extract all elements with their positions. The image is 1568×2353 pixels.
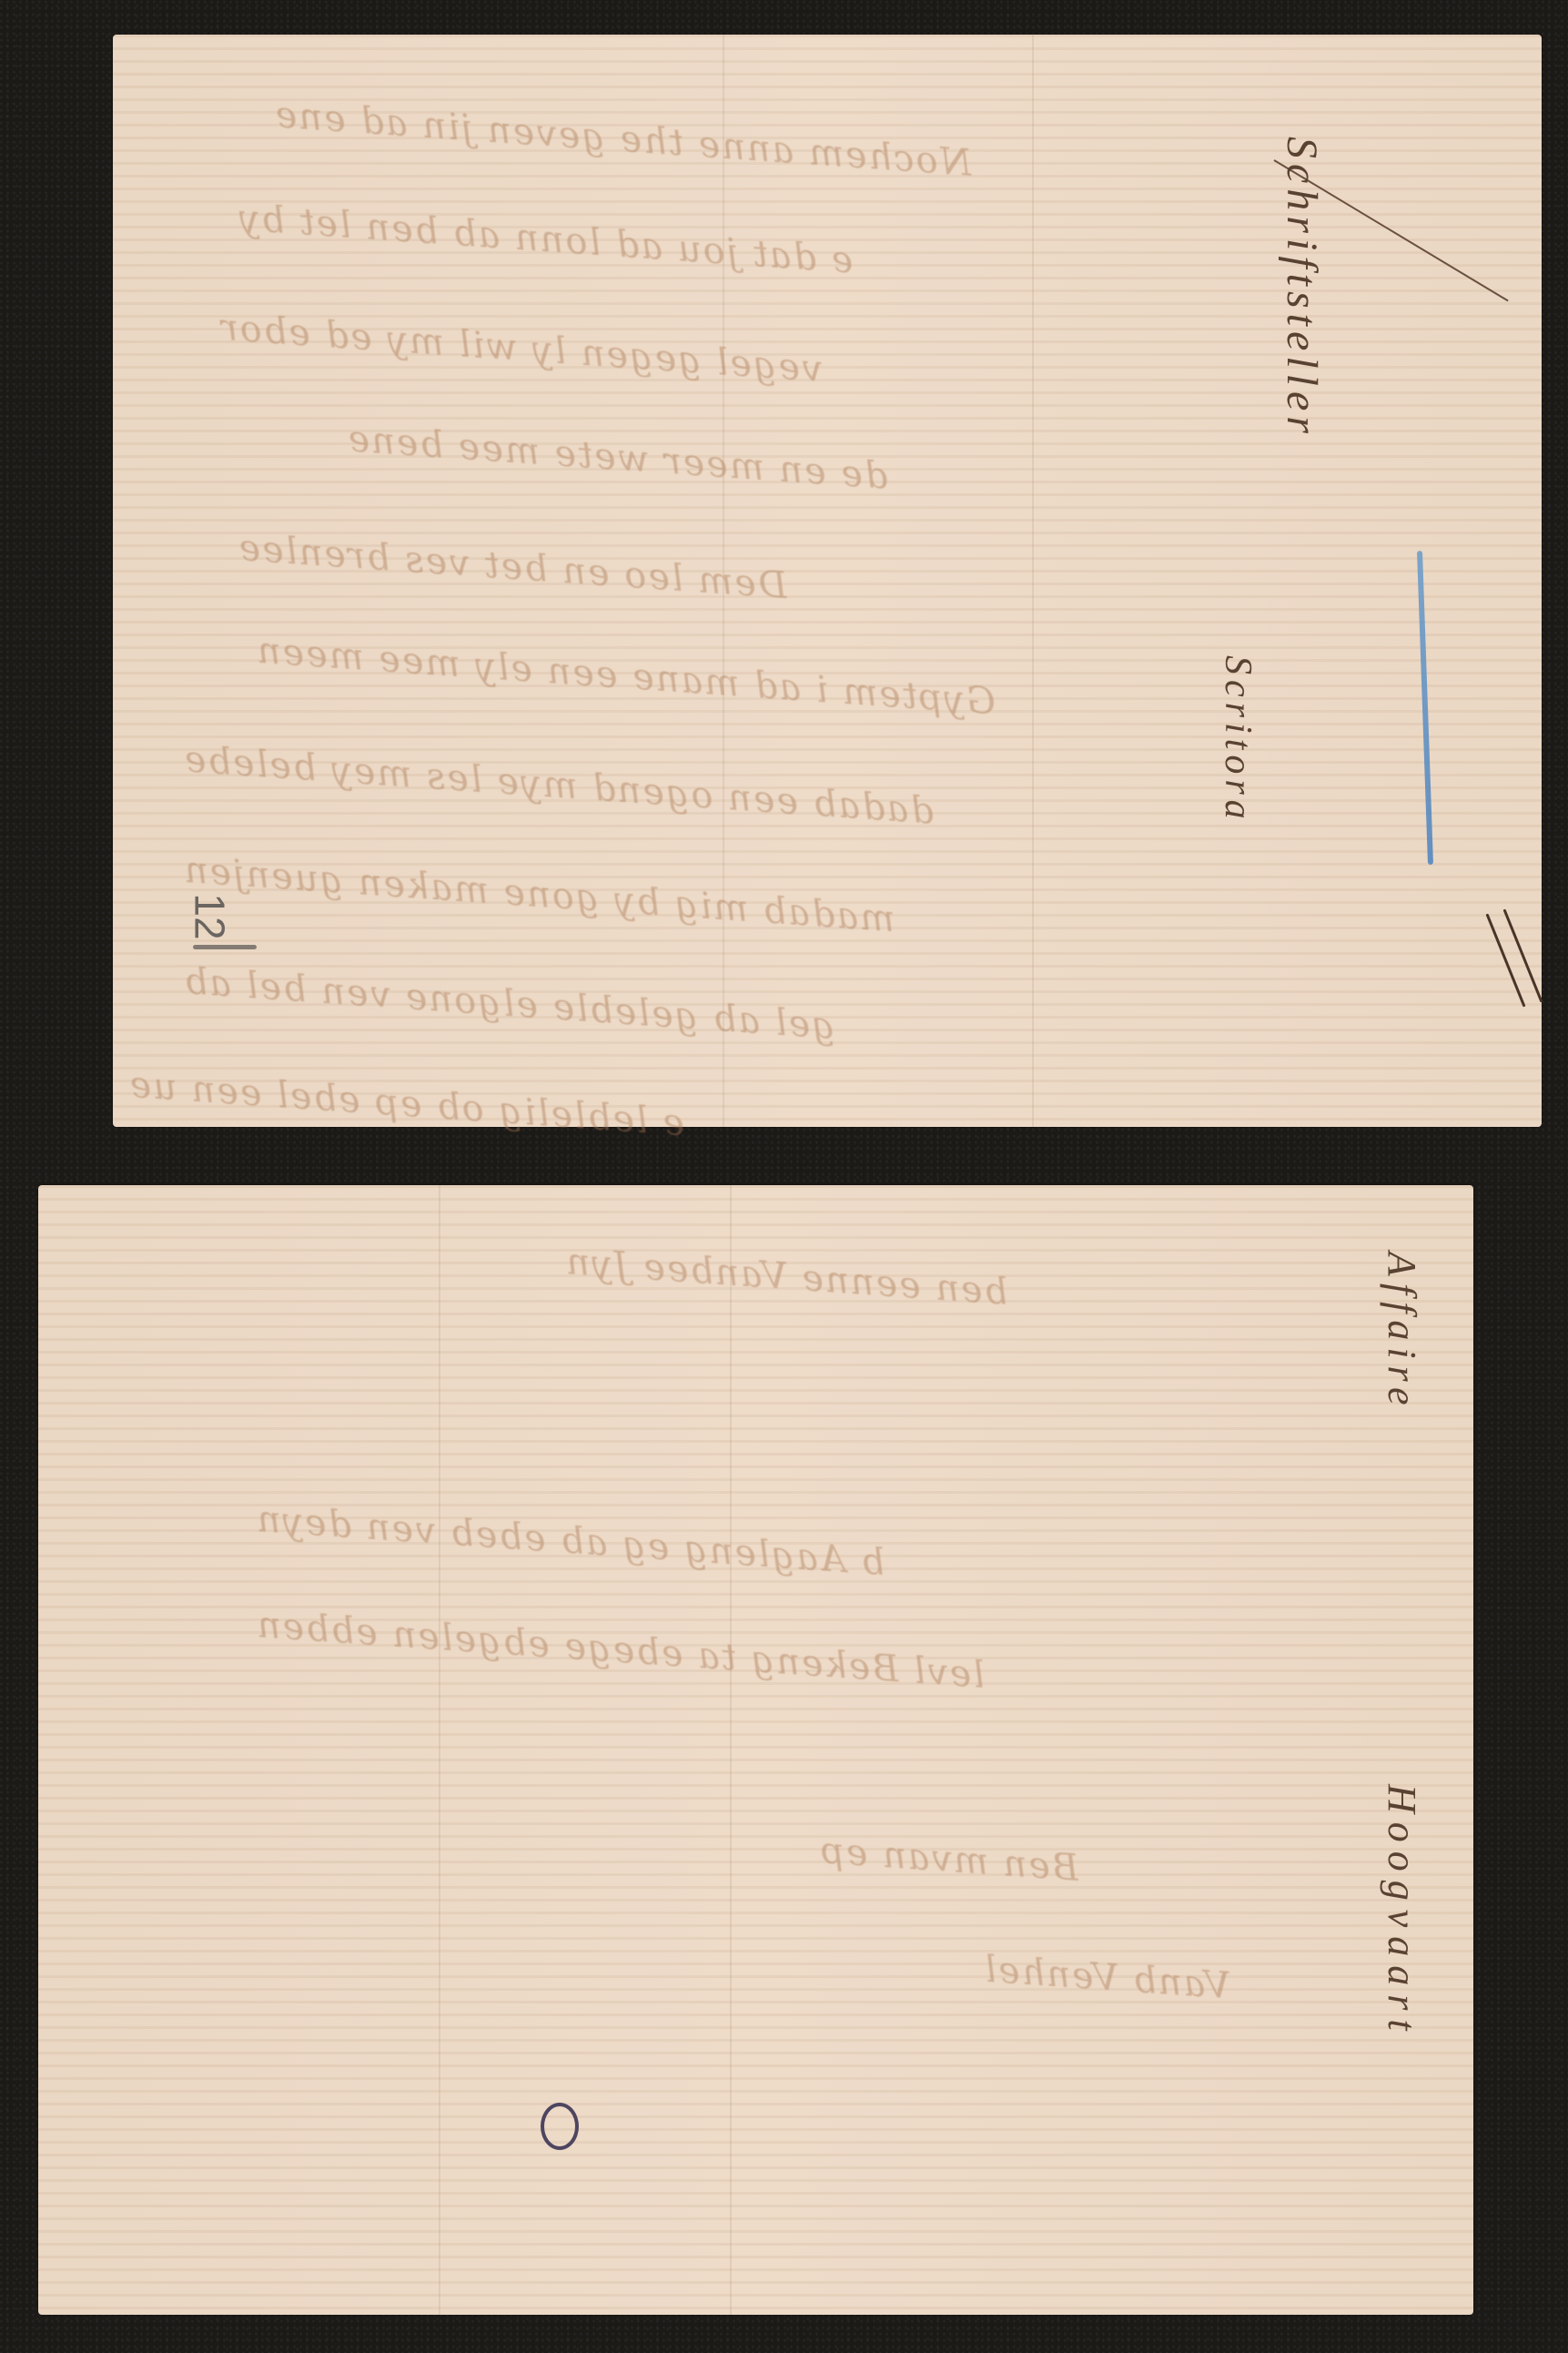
circle-ink-mark — [541, 2103, 579, 2150]
bottom-letter-sheet — [38, 1185, 1473, 2315]
vertical-annotation-scritora: Scritora — [1216, 655, 1259, 825]
pencil-folio-number: 12 — [186, 893, 235, 939]
vertical-annotation-affaire: Affaire — [1379, 1252, 1425, 1413]
vertical-annotation-hoogvaart: Hoogvaart — [1379, 1784, 1425, 2040]
paper-fold-crease — [730, 1185, 732, 2315]
vertical-annotation-schriftsteller: Schriftsteller — [1277, 137, 1327, 439]
paper-fold-crease — [1032, 35, 1034, 1127]
pencil-underline — [193, 945, 257, 949]
top-letter-sheet — [113, 35, 1542, 1127]
paper-fold-crease — [439, 1185, 440, 2315]
